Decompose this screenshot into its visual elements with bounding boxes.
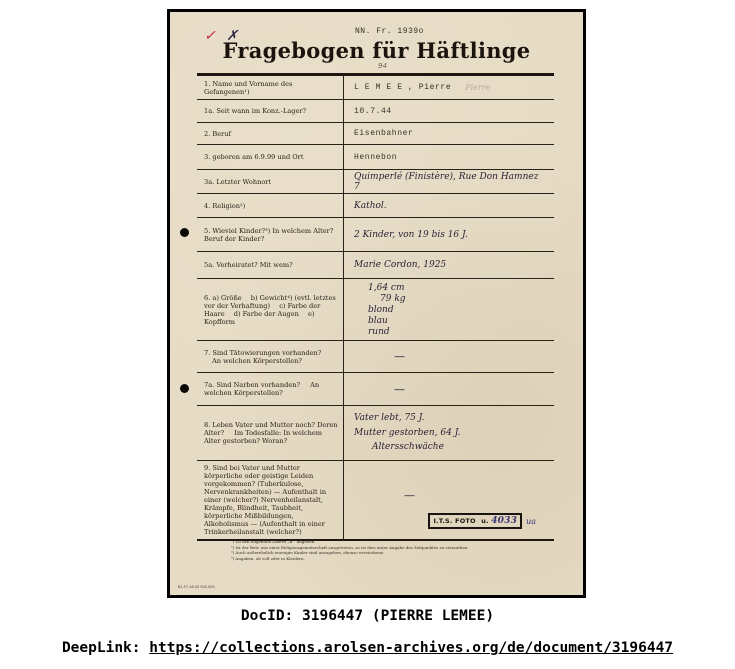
footnotes: ¹) Zu den folgenden Ziffern „B.“ angeben… [231, 539, 469, 561]
label-religion: 4. Religion²) [204, 202, 245, 210]
label-married: 5a. Verheiratet? Mit wem? [204, 261, 293, 269]
value-hereditary: — [404, 489, 415, 502]
row-tattoos: 7. Sind Tätowierungen vorhanden? An welc… [197, 341, 554, 373]
value-hair: blond [368, 305, 406, 315]
row-children: 5. Wieviel Kinder?³) In welchem Alter? B… [197, 218, 554, 252]
row-occupation: 2. Beruf Eisenbahner [197, 123, 554, 145]
form-table: 1. Name und Vorname des Gefangenen¹) L E… [197, 73, 554, 541]
row-camp-since: 1a. Seit wann im Konz.-Lager? 10.7.44 [197, 100, 554, 123]
row-married: 5a. Verheiratet? Mit wem? Marie Cordon, … [197, 252, 554, 279]
label-birth: 3. geboren am 6.9.99 und Ort [204, 153, 303, 161]
print-code: B1.F7.16.43 500.000 [178, 585, 215, 589]
value-birthplace: Hennebon [354, 153, 397, 162]
reference-number: NN. Fr. 1939o [355, 27, 424, 36]
value-cause-of-death: Altersschwäche [372, 442, 444, 452]
row-scars: 7a. Sind Narben vorhanden? An welchen Kö… [197, 373, 554, 406]
deeplink-label: DeepLink: [62, 640, 149, 656]
pencil-note: Pierre [465, 83, 490, 92]
label-name: 1. Name und Vorname des Gefangenen¹) [197, 76, 344, 99]
value-occupation: Eisenbahner [354, 129, 413, 138]
row-religion: 4. Religion²) Kathol. [197, 194, 554, 218]
questionnaire-form: ✓ ✗ NN. Fr. 1939o Fragebogen für Häftlin… [170, 12, 583, 595]
title-note: 94 [378, 62, 387, 70]
value-scars: — [394, 383, 405, 396]
value-mother: Mutter gestorben, 64 J. [354, 428, 460, 438]
stamp-number: 4033 [491, 516, 517, 526]
row-physical: 6. a) Größe b) Gewicht⁴) (evtl. letztes … [197, 279, 554, 341]
row-birth: 3. geboren am 6.9.99 und Ort Hennebon [197, 145, 554, 170]
label-occupation: 2. Beruf [204, 130, 231, 138]
row-parents: 8. Leben Vater und Mutter noch? Deren Al… [197, 406, 554, 461]
value-name: L E M E E , Pierre Pierre [344, 76, 554, 99]
value-last-residence: Quimperlé (Finistère), Rue Don Hamnez 7 [354, 172, 544, 192]
value-father: Vater lebt, 75 J. [354, 412, 544, 425]
deeplink-caption: DeepLink: https://collections.arolsen-ar… [0, 640, 735, 656]
label-hereditary: 9. Sind bei Vater und Mutter körperliche… [204, 464, 339, 536]
value-camp-since: 10.7.44 [354, 107, 392, 116]
value-height: 1,64 cm [368, 283, 406, 293]
value-married: Marie Cordon, 1925 [354, 260, 446, 270]
value-physical: 1,64 cm 79 kg blond blau rund [368, 283, 406, 337]
label-last-residence: 3a. Letzter Wohnort [204, 178, 271, 186]
label-camp-since: 1a. Seit wann im Konz.-Lager? [204, 107, 306, 115]
deeplink-url[interactable]: https://collections.arolsen-archives.org… [149, 640, 673, 656]
value-eyes: blau [368, 316, 406, 326]
row-name: 1. Name und Vorname des Gefangenen¹) L E… [197, 76, 554, 100]
punch-hole [180, 228, 189, 237]
value-head-shape: rund [368, 327, 406, 337]
its-foto-stamp: I.T.S. FOTO u. 4033 ua [428, 513, 536, 529]
punch-hole [180, 384, 189, 393]
row-last-residence: 3a. Letzter Wohnort Quimperlé (Finistère… [197, 170, 554, 194]
label-parents: 8. Leben Vater und Mutter noch? Deren Al… [204, 421, 339, 445]
value-tattoos: — [394, 350, 405, 363]
value-religion: Kathol. [354, 201, 387, 211]
document-scan: ✓ ✗ NN. Fr. 1939o Fragebogen für Häftlin… [167, 9, 586, 598]
label-tattoos: 7. Sind Tätowierungen vorhanden? An welc… [204, 349, 339, 365]
value-weight: 79 kg [380, 294, 406, 304]
row-hereditary: 9. Sind bei Vater und Mutter körperliche… [197, 461, 554, 541]
label-scars: 7a. Sind Narben vorhanden? An welchen Kö… [204, 381, 339, 397]
doc-id-caption: DocID: 3196447 (PIERRE LEMEE) [0, 608, 735, 624]
typed-name: L E M E E , Pierre [354, 83, 451, 92]
value-parents: Vater lebt, 75 J. Mutter gestorben, 64 J… [354, 412, 544, 454]
label-physical: 6. a) Größe b) Gewicht⁴) (evtl. letztes … [204, 294, 339, 326]
form-title: Fragebogen für Häftlinge [170, 38, 583, 63]
value-children: 2 Kinder, von 19 bis 16 J. [354, 230, 468, 240]
label-children: 5. Wieviel Kinder?³) In welchem Alter? B… [204, 227, 339, 243]
